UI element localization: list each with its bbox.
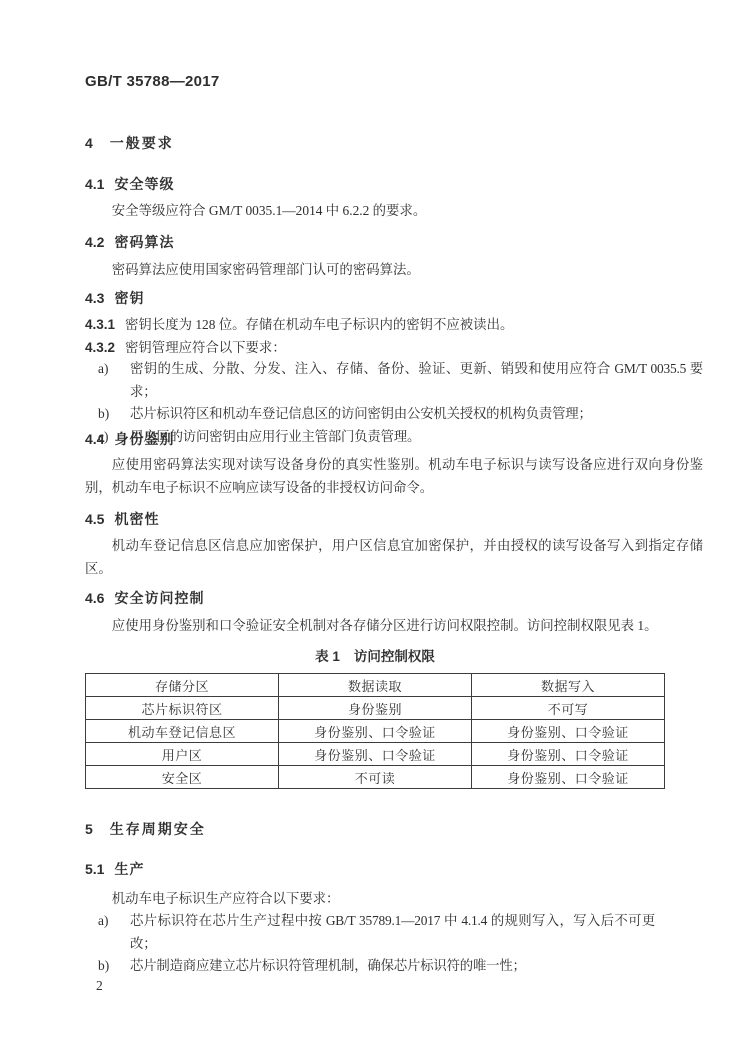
table-row: 安全区 不可读 身份鉴别、口令验证 [86,766,665,789]
list-item-text: 芯片标识符区和机动车登记信息区的访问密钥由公安机关授权的机构负责管理； [130,403,703,426]
table-cell: 身份鉴别、口令验证 [472,766,665,789]
heading-4-6: 4.6安全访问控制 [85,588,703,608]
heading-4-2: 4.2密码算法 [85,232,703,252]
doc-code: GB/T 35788—2017 [85,73,703,90]
list-item-text: 密钥的生成、分散、分发、注入、存储、备份、验证、更新、销毁和使用应符合 GM/T… [130,358,703,403]
table-cell: 身份鉴别、口令验证 [279,720,472,743]
table-row: 用户区 身份鉴别、口令验证 身份鉴别、口令验证 [86,743,665,766]
clause-number: 5.1 [85,861,104,877]
list-item-label: b) [98,955,130,978]
paragraph-4-5: 机动车登记信息区信息应加密保护，用户区信息宜加密保护，并由授权的读写设备写入到指… [85,534,703,580]
table-cell: 不可写 [472,697,665,720]
paragraph-4-6: 应使用身份鉴别和口令验证安全机制对各存储分区进行访问权限控制。访问控制权限见表 … [85,614,703,637]
clause-4-3-2: 4.3.2密钥管理应符合以下要求： [85,336,703,359]
heading-4-4: 4.4身份鉴别 [85,429,703,449]
table-cell: 芯片标识符区 [86,697,279,720]
heading-5-1: 5.1生产 [85,859,703,879]
table-row: 芯片标识符区 身份鉴别 不可写 [86,697,665,720]
heading-4-1: 4.1安全等级 [85,174,703,194]
list-item: a)密钥的生成、分散、分发、注入、存储、备份、验证、更新、销毁和使用应符合 GM… [85,358,703,403]
clause-number: 4.3.1 [85,317,115,332]
clause-title: 生产 [114,861,144,877]
clause-title: 密码算法 [114,234,174,250]
list-item-label: a) [98,358,130,403]
clause-title: 生存周期安全 [110,821,206,837]
clause-title: 安全访问控制 [114,590,204,606]
clause-number: 5 [85,821,93,837]
clause-4-3-1: 4.3.1密钥长度为 128 位。存储在机动车电子标识内的密钥不应被读出。 [85,313,703,336]
clause-number: 4.4 [85,431,104,447]
heading-section-4: 4一般要求 [85,133,703,153]
table-cell: 机动车登记信息区 [86,720,279,743]
table-header-cell: 数据读取 [279,674,472,697]
heading-4-5: 4.5机密性 [85,509,703,529]
paragraph-4-2: 密码算法应使用国家密码管理部门认可的密码算法。 [85,258,703,281]
table-cell: 身份鉴别、口令验证 [472,743,665,766]
list-item: a)芯片标识符在芯片生产过程中按 GB/T 35789.1—2017 中 4.1… [85,910,703,955]
table-cell: 身份鉴别、口令验证 [472,720,665,743]
table-cell: 安全区 [86,766,279,789]
document-page: GB/T 35788—2017 4一般要求 4.1安全等级 安全等级应符合 GM… [0,0,750,1060]
clause-number: 4.2 [85,234,104,250]
table-cell: 身份鉴别、口令验证 [279,743,472,766]
table-row: 机动车登记信息区 身份鉴别、口令验证 身份鉴别、口令验证 [86,720,665,743]
paragraph-4-4: 应使用密码算法实现对读写设备身份的真实性鉴别。机动车电子标识与读写设备应进行双向… [85,453,703,499]
table-caption: 表 1访问控制权限 [85,645,665,665]
list-item: b)芯片标识符区和机动车登记信息区的访问密钥由公安机关授权的机构负责管理； [85,403,703,426]
clause-number: 4.6 [85,590,104,606]
list-item-text: 芯片标识符在芯片生产过程中按 GB/T 35789.1—2017 中 4.1.4… [130,910,655,955]
clause-number: 4.3.2 [85,340,115,355]
clause-title: 机密性 [114,511,159,527]
paragraph-5-1: 机动车电子标识生产应符合以下要求： [85,887,703,910]
clause-title: 身份鉴别 [114,431,174,447]
clause-title: 密钥 [114,290,144,306]
list-item-label: b) [98,403,130,426]
clause-text: 密钥管理应符合以下要求： [125,340,286,355]
table-header-cell: 数据写入 [472,674,665,697]
heading-section-5: 5生存周期安全 [85,819,703,839]
clause-text: 密钥长度为 128 位。存储在机动车电子标识内的密钥不应被读出。 [125,317,513,332]
list-5-1: a)芯片标识符在芯片生产过程中按 GB/T 35789.1—2017 中 4.1… [85,910,703,978]
table-cell: 身份鉴别 [279,697,472,720]
clause-number: 4.3 [85,290,104,306]
list-item-label: a) [98,910,130,955]
page-number: 2 [96,978,126,994]
list-item-text: 芯片制造商应建立芯片标识符管理机制，确保芯片标识符的唯一性； [130,955,655,978]
table-caption-title: 访问控制权限 [354,649,435,664]
access-control-table: 存储分区 数据读取 数据写入 芯片标识符区 身份鉴别 不可写 机动车登记信息区 … [85,673,665,789]
table-header-row: 存储分区 数据读取 数据写入 [86,674,665,697]
table-cell: 用户区 [86,743,279,766]
paragraph-4-1: 安全等级应符合 GM/T 0035.1—2014 中 6.2.2 的要求。 [85,199,703,222]
clause-number: 4.1 [85,176,104,192]
clause-number: 4 [85,135,93,151]
table-cell: 不可读 [279,766,472,789]
table-caption-label: 表 1 [315,649,340,664]
list-item: b)芯片制造商应建立芯片标识符管理机制，确保芯片标识符的唯一性； [85,955,703,978]
clause-title: 一般要求 [110,135,174,151]
table-header-cell: 存储分区 [86,674,279,697]
clause-number: 4.5 [85,511,104,527]
heading-4-3: 4.3密钥 [85,288,703,308]
clause-title: 安全等级 [114,176,174,192]
